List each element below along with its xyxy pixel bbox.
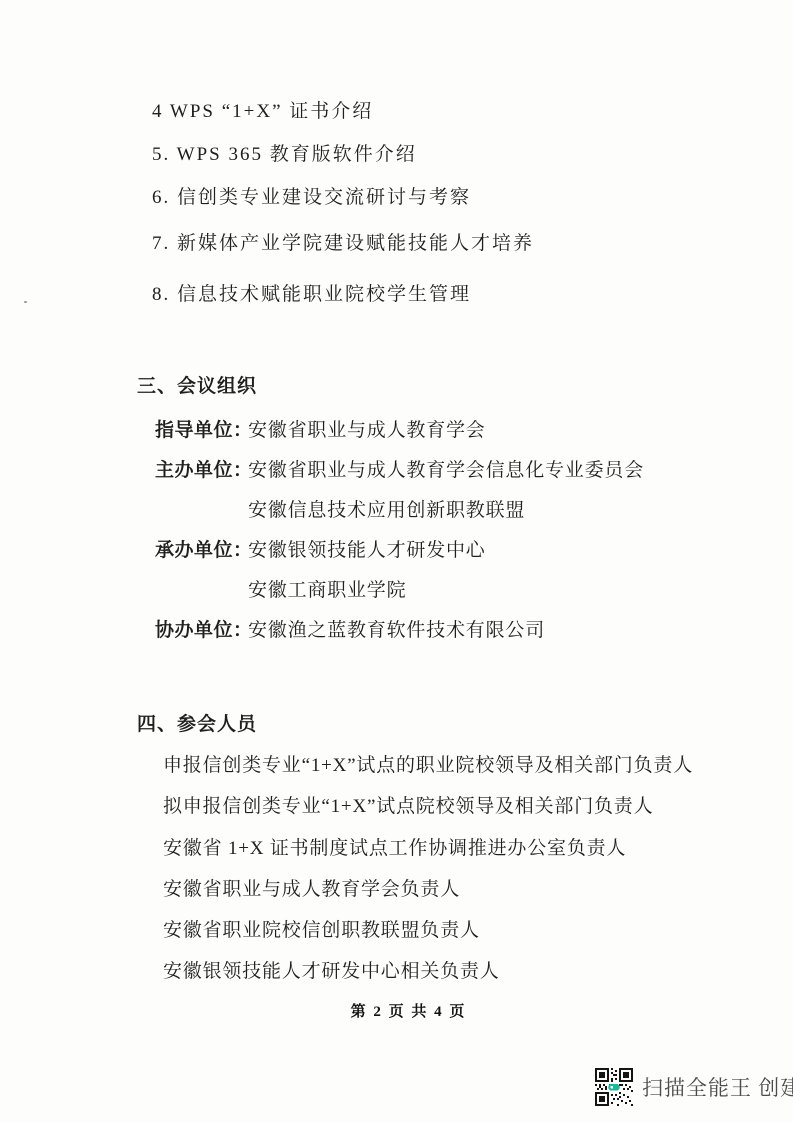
participant-item: 申报信创类专业“1+X”试点的职业院校领导及相关部门负责人 (163, 754, 693, 778)
org-unit-value: 安徽省职业与成人教育学会信息化专业委员会 (248, 459, 644, 483)
org-unit-value-continued: 安徽工商职业学院 (248, 579, 406, 603)
org-unit-label: 承办单位： (155, 539, 253, 563)
camscanner-watermark: 扫描全能王 创建 (595, 1068, 793, 1106)
scanned-document-page: 4 WPS “1+X” 证书介绍 5. WPS 365 教育版软件介绍 6. 信… (0, 0, 793, 1123)
page-number: 第 2 页 共 4 页 (0, 1000, 793, 1021)
org-unit-label: 协办单位： (155, 619, 253, 643)
participant-item: 安徽银领技能人才研发中心相关负责人 (163, 960, 500, 984)
qr-code-icon (595, 1068, 633, 1106)
agenda-item: 5. WPS 365 教育版软件介绍 (152, 143, 417, 167)
org-unit-label: 指导单位： (155, 419, 253, 443)
org-unit-value: 安徽银领技能人才研发中心 (248, 539, 486, 563)
section-heading-organization: 三、会议组织 (137, 375, 257, 399)
agenda-item: 7. 新媒体产业学院建设赋能技能人才培养 (152, 232, 534, 256)
participant-item: 安徽省职业与成人教育学会负责人 (163, 878, 460, 902)
org-unit-label: 主办单位： (155, 459, 253, 483)
participant-item: 安徽省 1+X 证书制度试点工作协调推进办公室负责人 (163, 837, 626, 861)
org-unit-value-continued: 安徽信息技术应用创新职教联盟 (248, 499, 525, 523)
section-heading-participants: 四、参会人员 (137, 713, 257, 737)
org-unit-value: 安徽渔之蓝教育软件技术有限公司 (248, 619, 545, 643)
participant-item: 安徽省职业院校信创职教联盟负责人 (163, 919, 480, 943)
agenda-item: 6. 信创类专业建设交流研讨与考察 (152, 186, 471, 210)
scan-artifact-dot (24, 301, 27, 303)
org-unit-value: 安徽省职业与成人教育学会 (248, 419, 486, 443)
agenda-item: 8. 信息技术赋能职业院校学生管理 (152, 283, 471, 307)
participant-item: 拟申报信创类专业“1+X”试点院校领导及相关部门负责人 (163, 795, 653, 819)
agenda-item: 4 WPS “1+X” 证书介绍 (152, 100, 373, 124)
camscanner-watermark-text: 扫描全能王 创建 (642, 1072, 793, 1102)
